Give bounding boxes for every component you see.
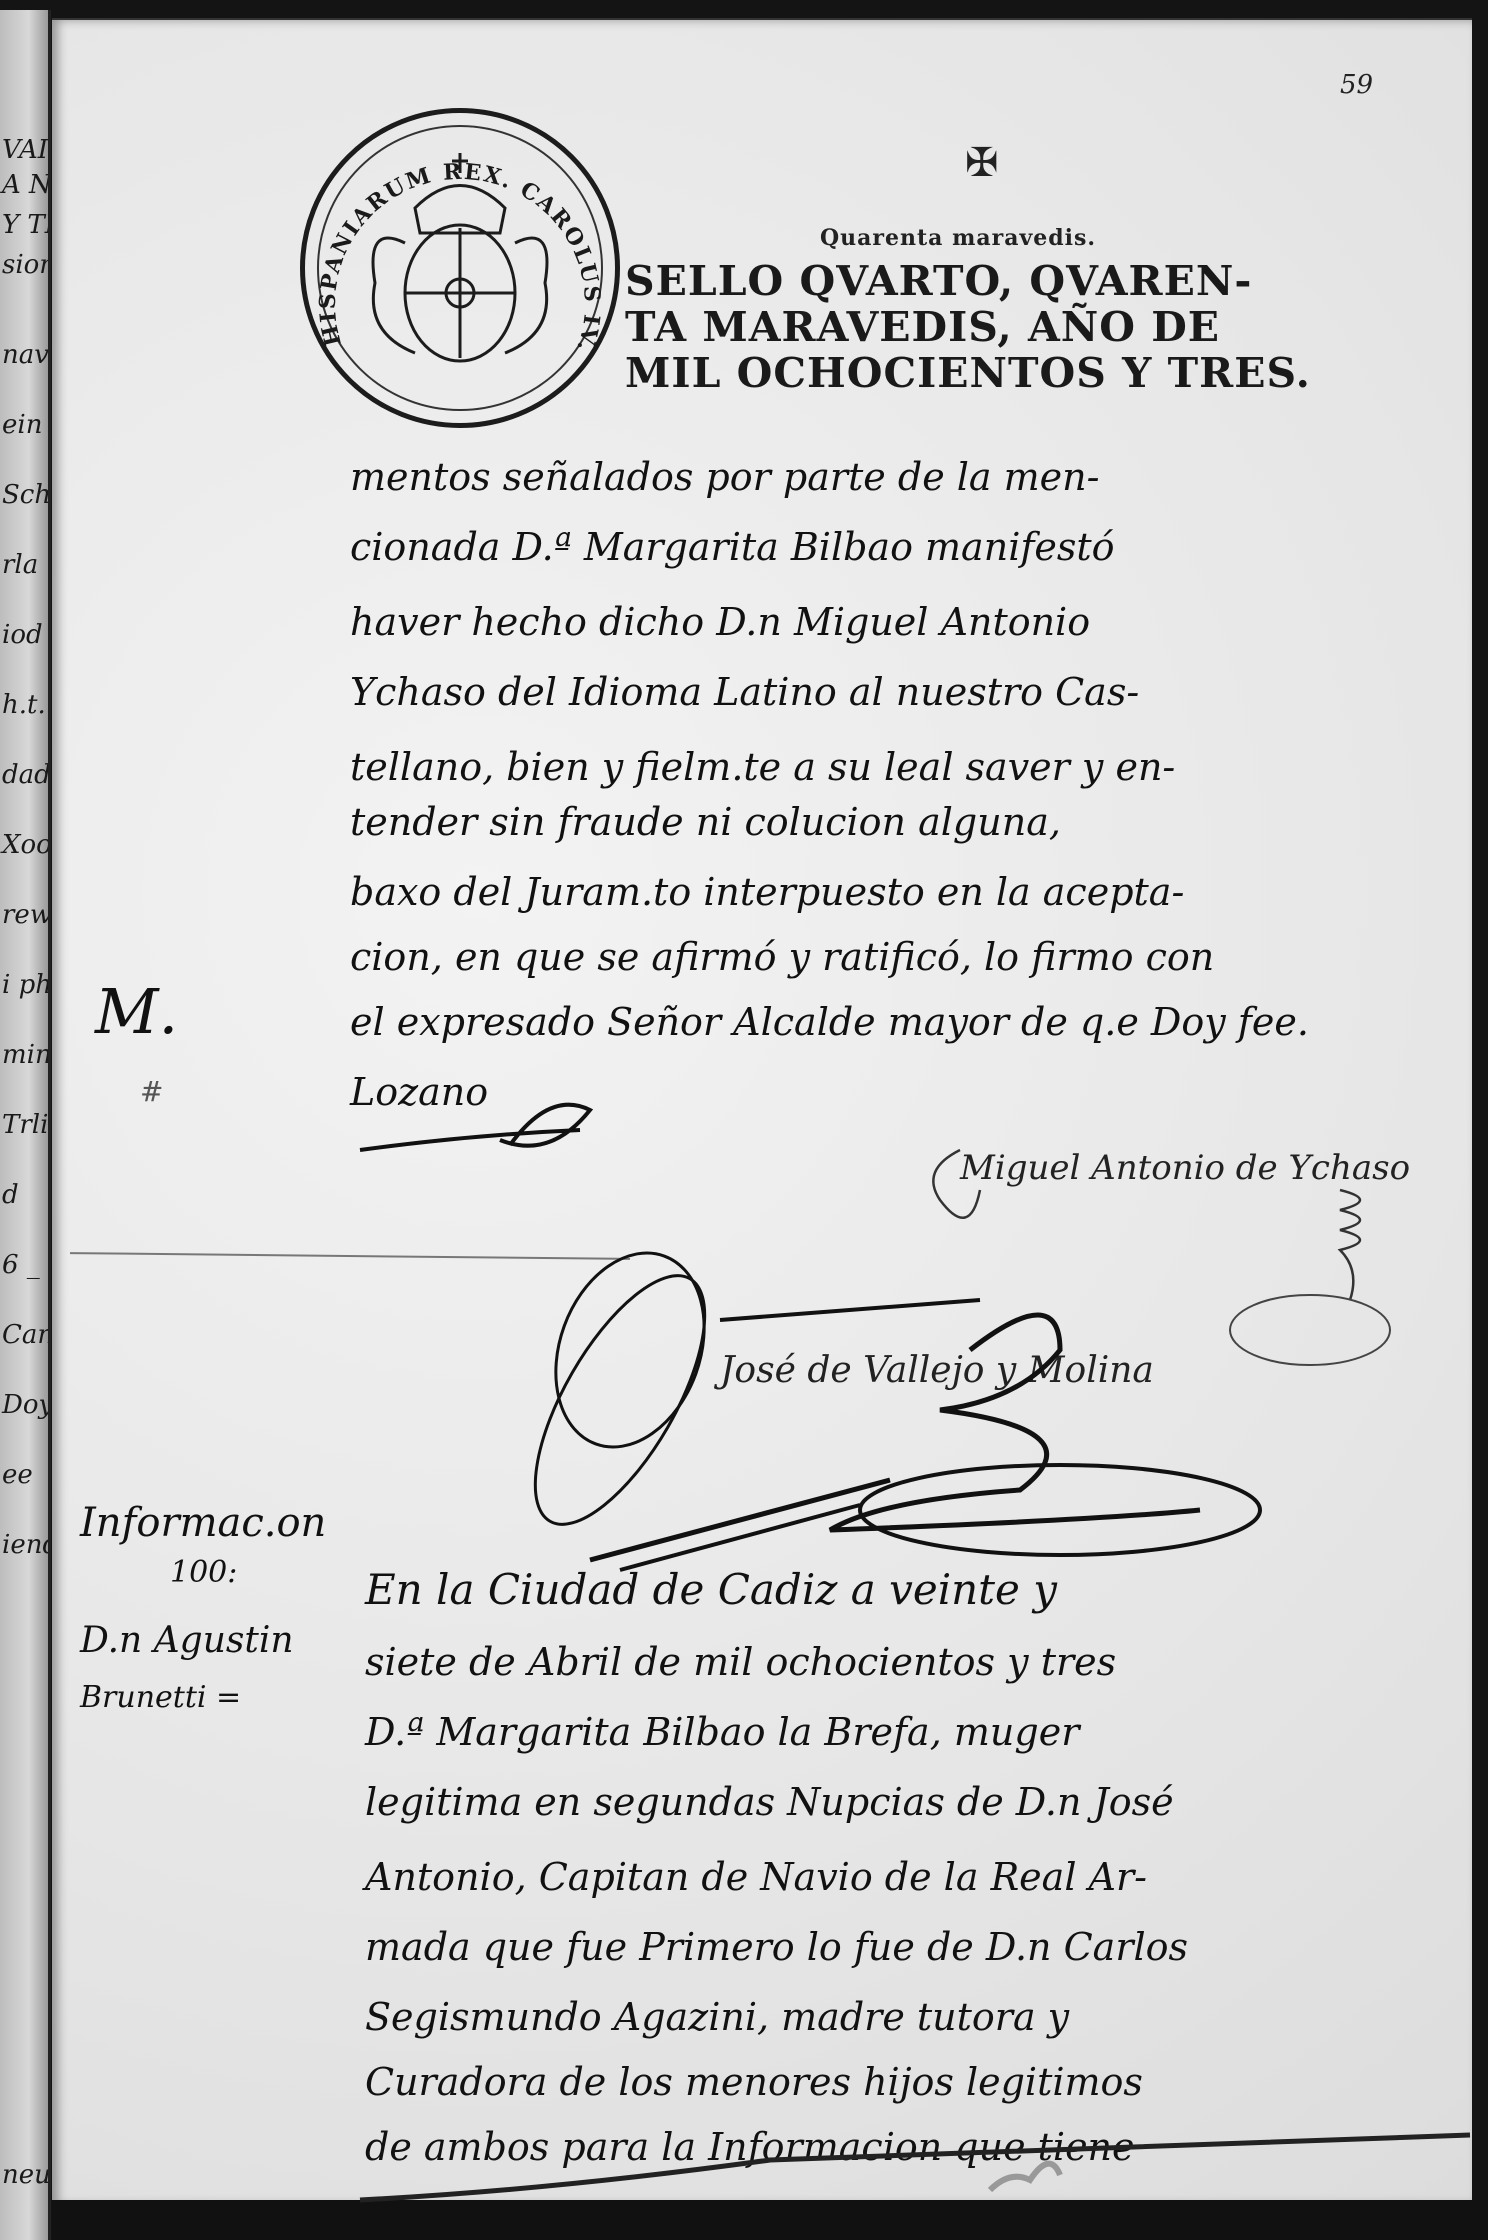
left-page-fragment: neu — [2, 2160, 51, 2190]
body-line: En la Ciudad de Cadiz a veinte y — [365, 1565, 1057, 1614]
body-line: mada que fue Primero lo fue de D.n Carlo… — [365, 1925, 1188, 1969]
body-line: cion, en que se afirmó y ratificó, lo fi… — [350, 935, 1214, 979]
closing-line-icon — [350, 2130, 1480, 2210]
body-line: tellano, bien y fielm.te a su leal saver… — [350, 745, 1175, 789]
body-line: el expresado Señor Alcalde mayor de q.e … — [350, 1000, 1309, 1044]
body-line: Segismundo Agazini, madre tutora y — [365, 1995, 1069, 2039]
svg-text:HISPANIARUM REX. CAROLUS IV. D: HISPANIARUM REX. CAROLUS IV. D.G. — [305, 113, 605, 357]
marginal-name: Brunetti = — [80, 1680, 241, 1715]
body-line: Curadora de los menores hijos legitimos — [365, 2060, 1143, 2104]
left-page-fragment: rew — [2, 900, 51, 930]
adjacent-page-edge: VAI A NO Y TRE sion nav ein Sch rla iod … — [0, 10, 51, 2240]
left-page-fragment: iend — [2, 1530, 51, 1560]
cross-icon: ✠ — [965, 140, 999, 186]
body-line: siete de Abril de mil ochocientos y tres — [365, 1640, 1116, 1684]
signature-flourish-icon — [350, 1080, 650, 1160]
left-page-fragment: dad — [2, 760, 51, 790]
marginal-heading: Informac.on — [80, 1500, 326, 1546]
left-page-fragment: Cand — [2, 1320, 51, 1350]
seal-legend: HISPANIARUM REX. CAROLUS IV. D.G. — [305, 113, 605, 357]
body-line: D.ª Margarita Bilbao la Brefa, muger — [365, 1710, 1079, 1754]
marginal-name: D.n Agustin — [80, 1620, 294, 1661]
stamp-value: Quarenta maravedis. — [820, 225, 1096, 251]
left-page-fragment: ee — [2, 1460, 33, 1490]
left-page-fragment: Xoo — [2, 830, 51, 860]
royal-seal-stamp: HISPANIARUM REX. CAROLUS IV. D.G. — [300, 108, 620, 428]
left-page-fragment: rla — [2, 550, 38, 580]
left-page-fragment: nav — [2, 340, 49, 370]
marginal-mark: # — [140, 1075, 163, 1108]
left-page-fragment: d — [2, 1180, 19, 1210]
left-page-fragment: 6 _ — [2, 1250, 40, 1280]
left-page-fragment: Y TRE — [2, 210, 51, 240]
left-page-fragment: ein — [2, 410, 42, 440]
body-line: haver hecho dicho D.n Miguel Antonio — [350, 600, 1090, 644]
body-line: mentos señalados por parte de la men- — [350, 455, 1099, 499]
folio-number: 59 — [1340, 70, 1373, 100]
marginal-number: 100: — [170, 1555, 237, 1590]
left-page-fragment: Trli — [2, 1110, 48, 1140]
left-page-fragment: Doy — [2, 1390, 51, 1420]
left-page-fragment: mini — [2, 1040, 51, 1070]
signature-rubric-icon — [500, 1240, 1320, 1580]
coat-of-arms-icon: HISPANIARUM REX. CAROLUS IV. D.G. — [305, 113, 615, 423]
left-page-fragment: sion — [2, 250, 51, 280]
left-page-fragment: VAI — [2, 135, 48, 165]
left-page-fragment: A NO — [2, 170, 51, 200]
body-line: baxo del Juram.to interpuesto en la acep… — [350, 870, 1184, 914]
body-line: Ychaso del Idioma Latino al nuestro Cas- — [350, 670, 1139, 714]
left-page-fragment: h.t. — [2, 690, 46, 720]
body-line: cionada D.ª Margarita Bilbao manifestó — [350, 525, 1115, 569]
body-line: Antonio, Capitan de Navio de la Real Ar- — [365, 1855, 1147, 1899]
left-page-fragment: i ph — [2, 970, 51, 1000]
body-line: legitima en segundas Nupcias de D.n José — [365, 1780, 1174, 1824]
left-page-fragment: iod — [2, 620, 43, 650]
marginal-initials: M. — [95, 975, 178, 1048]
left-page-fragment: Sch — [2, 480, 51, 510]
body-line: tender sin fraude ni colucion alguna, — [350, 800, 1061, 844]
stamp-title: SELLO QVARTO, QVAREN- TA MARAVEDIS, AÑO … — [625, 258, 1311, 396]
